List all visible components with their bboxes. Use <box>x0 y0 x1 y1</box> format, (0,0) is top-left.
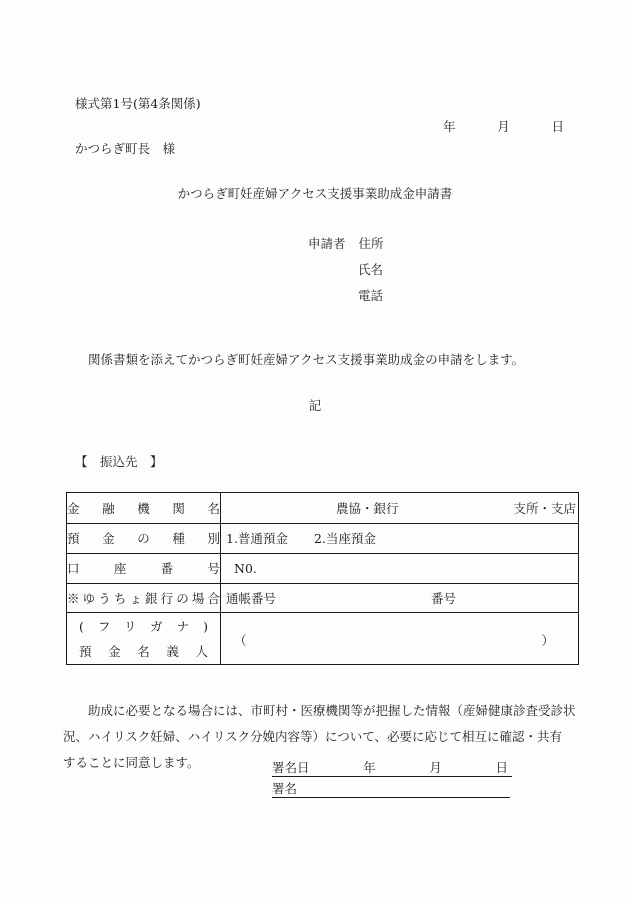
header-month-label: 月 <box>497 119 510 134</box>
account-holder-label: 預金名義人 <box>79 639 208 664</box>
signature-month-label: 月 <box>429 760 442 776</box>
signature-date-label: 署名日 <box>272 760 310 776</box>
signature-day-label: 日 <box>495 760 508 776</box>
table-row-account-number: 口座番号 N0. <box>67 554 579 584</box>
applicant-phone-label: 電話 <box>358 288 383 303</box>
signature-label: 署名 <box>272 781 297 796</box>
account-holder-label-cell: (フリガナ) 預金名義人 <box>67 613 221 665</box>
yucho-value-cell: 通帳番号 番号 <box>221 584 579 613</box>
transfer-destination-heading: 【 振込先 】 <box>75 454 163 469</box>
financial-institution-label: 金融機関名 <box>67 493 221 524</box>
account-holder-value-cell: （ ） <box>221 613 579 665</box>
table-row-financial-institution: 金融機関名 農協・銀行 支所・支店 <box>67 493 579 524</box>
table-row-account-holder: (フリガナ) 預金名義人 （ ） <box>67 613 579 665</box>
note-marker: 記 <box>0 398 630 413</box>
application-statement: 関係書類を添えてかつらぎ町妊産婦アクセス支援事業助成金の申請をします。 <box>88 352 524 367</box>
table-row-yucho: ※ゆうちょ銀行の場合 通帳番号 番号 <box>67 584 579 613</box>
signature-name-line: 署名 <box>272 781 510 798</box>
applicant-label: 申請者 <box>308 236 346 251</box>
applicant-address-label: 住所 <box>359 236 384 251</box>
deposit-type-label: 預金の種別 <box>67 524 221 554</box>
agri-bank-label: 農協・銀行 <box>221 501 513 516</box>
deposit-option-ordinary: 1.普通預金 <box>226 531 288 546</box>
signature-block: 署名日 年 月 日 署名 <box>272 760 512 798</box>
account-number-prefix: N0. <box>221 561 578 576</box>
furigana-paren-open: （ <box>234 633 247 648</box>
financial-institution-value-cell: 農協・銀行 支所・支店 <box>221 493 579 524</box>
consent-line-1: 助成に必要となる場合には、市町村・医療機関等が把握した情報（産婦健康診査受診状 <box>63 698 575 724</box>
form-number: 様式第1号(第4条関係) <box>75 96 201 111</box>
signature-year-label: 年 <box>363 760 376 776</box>
branch-label: 支所・支店 <box>513 501 578 516</box>
furigana-paren-close: ） <box>541 633 554 648</box>
furigana-label: (フリガナ) <box>79 614 208 639</box>
deposit-option-current: 2.当座預金 <box>314 531 376 546</box>
applicant-row: 申請者 住所 <box>308 236 384 251</box>
document-title: かつらぎ町妊産婦アクセス支援事業助成金申請書 <box>0 186 630 201</box>
passbook-number-label: 通帳番号 <box>226 591 276 606</box>
application-form-page: 様式第1号(第4条関係) 年 月 日 かつらぎ町長 様 かつらぎ町妊産婦アクセス… <box>0 0 630 903</box>
header-day-label: 日 <box>551 119 564 134</box>
number-label: 番号 <box>431 591 456 606</box>
bank-transfer-table: 金融機関名 農協・銀行 支所・支店 預金の種別 1.普通預金 2.当座預金 口座… <box>66 492 579 665</box>
account-number-label: 口座番号 <box>67 554 221 584</box>
applicant-name-label: 氏名 <box>358 262 383 277</box>
header-year-label: 年 <box>443 119 456 134</box>
addressee: かつらぎ町長 様 <box>75 141 175 156</box>
deposit-type-value-cell: 1.普通預金 2.当座預金 <box>221 524 579 554</box>
header-date-line: 年 月 日 <box>443 119 564 134</box>
yucho-case-label: ※ゆうちょ銀行の場合 <box>67 584 221 613</box>
table-row-deposit-type: 預金の種別 1.普通預金 2.当座預金 <box>67 524 579 554</box>
account-number-value-cell: N0. <box>221 554 579 584</box>
consent-line-2: 況、ハイリスク妊婦、ハイリスク分娩内容等）について、必要に応じて相互に確認・共有 <box>63 724 575 750</box>
signature-date-line: 署名日 年 月 日 <box>272 760 512 777</box>
